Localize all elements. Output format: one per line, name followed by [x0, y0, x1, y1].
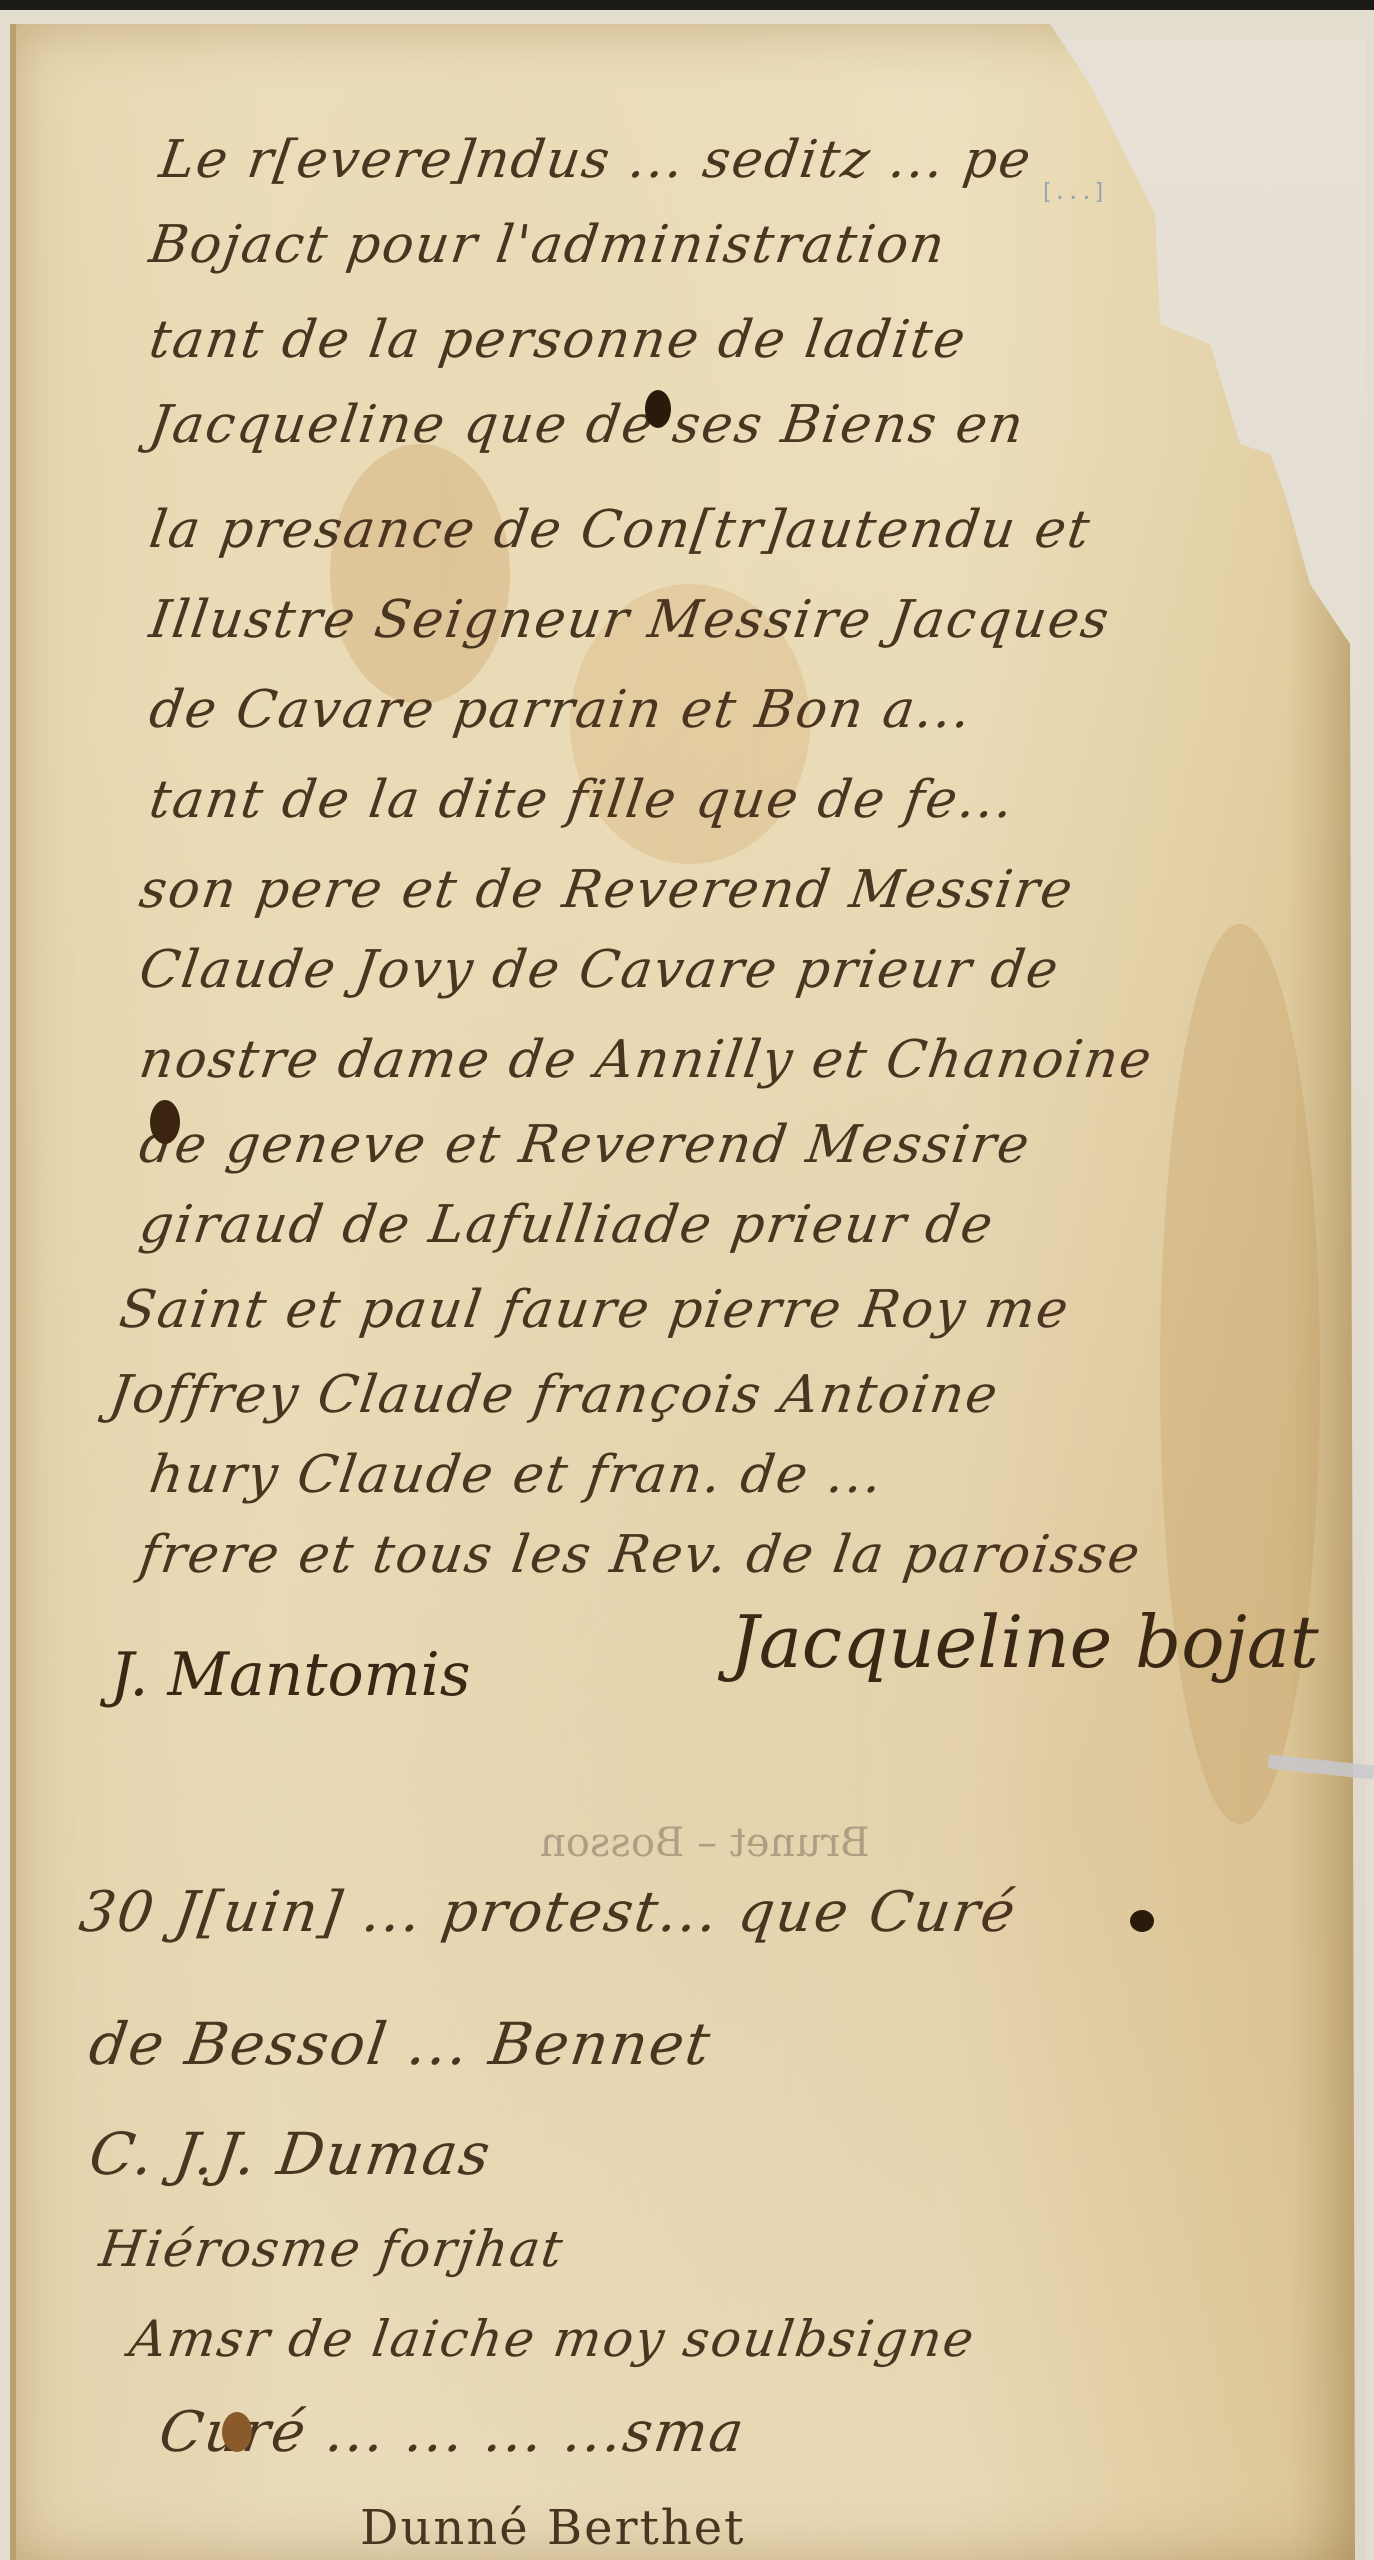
- text-line: de Cavare parrain et Bon a...: [146, 680, 976, 740]
- text-line: Le r[evere]ndus ... seditz ... pe: [156, 130, 1036, 190]
- text-line: Dunné Berthet: [360, 2500, 745, 2556]
- edge-stain: [1160, 924, 1320, 1824]
- text-line: C. J.J. Dumas: [85, 2120, 496, 2188]
- ink-blot: [645, 390, 671, 428]
- text-line: tant de la dite fille que de fe...: [146, 770, 1019, 830]
- signature-jacqueline-bojat: Jacqueline bojat: [730, 1600, 1319, 1684]
- text-line: Amsr de laiche moy soulbsigne: [126, 2310, 979, 2368]
- text-line: Jacqueline que de ses Biens en: [146, 395, 1029, 455]
- text-line: Illustre Seigneur Messire Jacques: [146, 590, 1114, 650]
- bleed-through-text: Brunet – Bosson: [540, 1820, 870, 1866]
- page-edge: [10, 24, 16, 2560]
- water-stain: [330, 444, 510, 704]
- signature-mantomis: J. Mantomis: [110, 1640, 471, 1710]
- ink-blot: [1130, 1910, 1154, 1932]
- text-line: Saint et paul faure pierre Roy me: [116, 1280, 1074, 1340]
- text-line: la presance de Con[tr]autendu et: [146, 500, 1095, 560]
- text-line: nostre dame de Annilly et Chanoine: [136, 1030, 1157, 1090]
- text-line: Hiérosme forjhat: [96, 2220, 568, 2278]
- text-line: tant de la personne de ladite: [146, 310, 971, 370]
- text-line: Claude Jovy de Cavare prieur de: [136, 940, 1064, 1000]
- archive-stamp: [...]: [1040, 180, 1106, 205]
- text-line: Bojact pour l'administration: [146, 215, 950, 275]
- text-line: giraud de Lafulliade prieur de: [136, 1195, 998, 1255]
- text-line: de geneve et Reverend Messire: [136, 1115, 1035, 1175]
- ink-blot: [222, 2412, 252, 2452]
- text-line: son pere et de Reverend Messire: [136, 860, 1078, 920]
- text-line: de Bessol ... Bennet: [85, 2010, 716, 2078]
- ink-blot: [150, 1100, 180, 1144]
- text-line: 30 J[uin] ... protest... que Curé: [75, 1880, 1020, 1945]
- text-line: hury Claude et fran. de ...: [146, 1445, 888, 1505]
- text-line: frere et tous les Rev. de la paroisse: [136, 1525, 1145, 1585]
- text-line: Joffrey Claude françois Antoine: [106, 1365, 1003, 1425]
